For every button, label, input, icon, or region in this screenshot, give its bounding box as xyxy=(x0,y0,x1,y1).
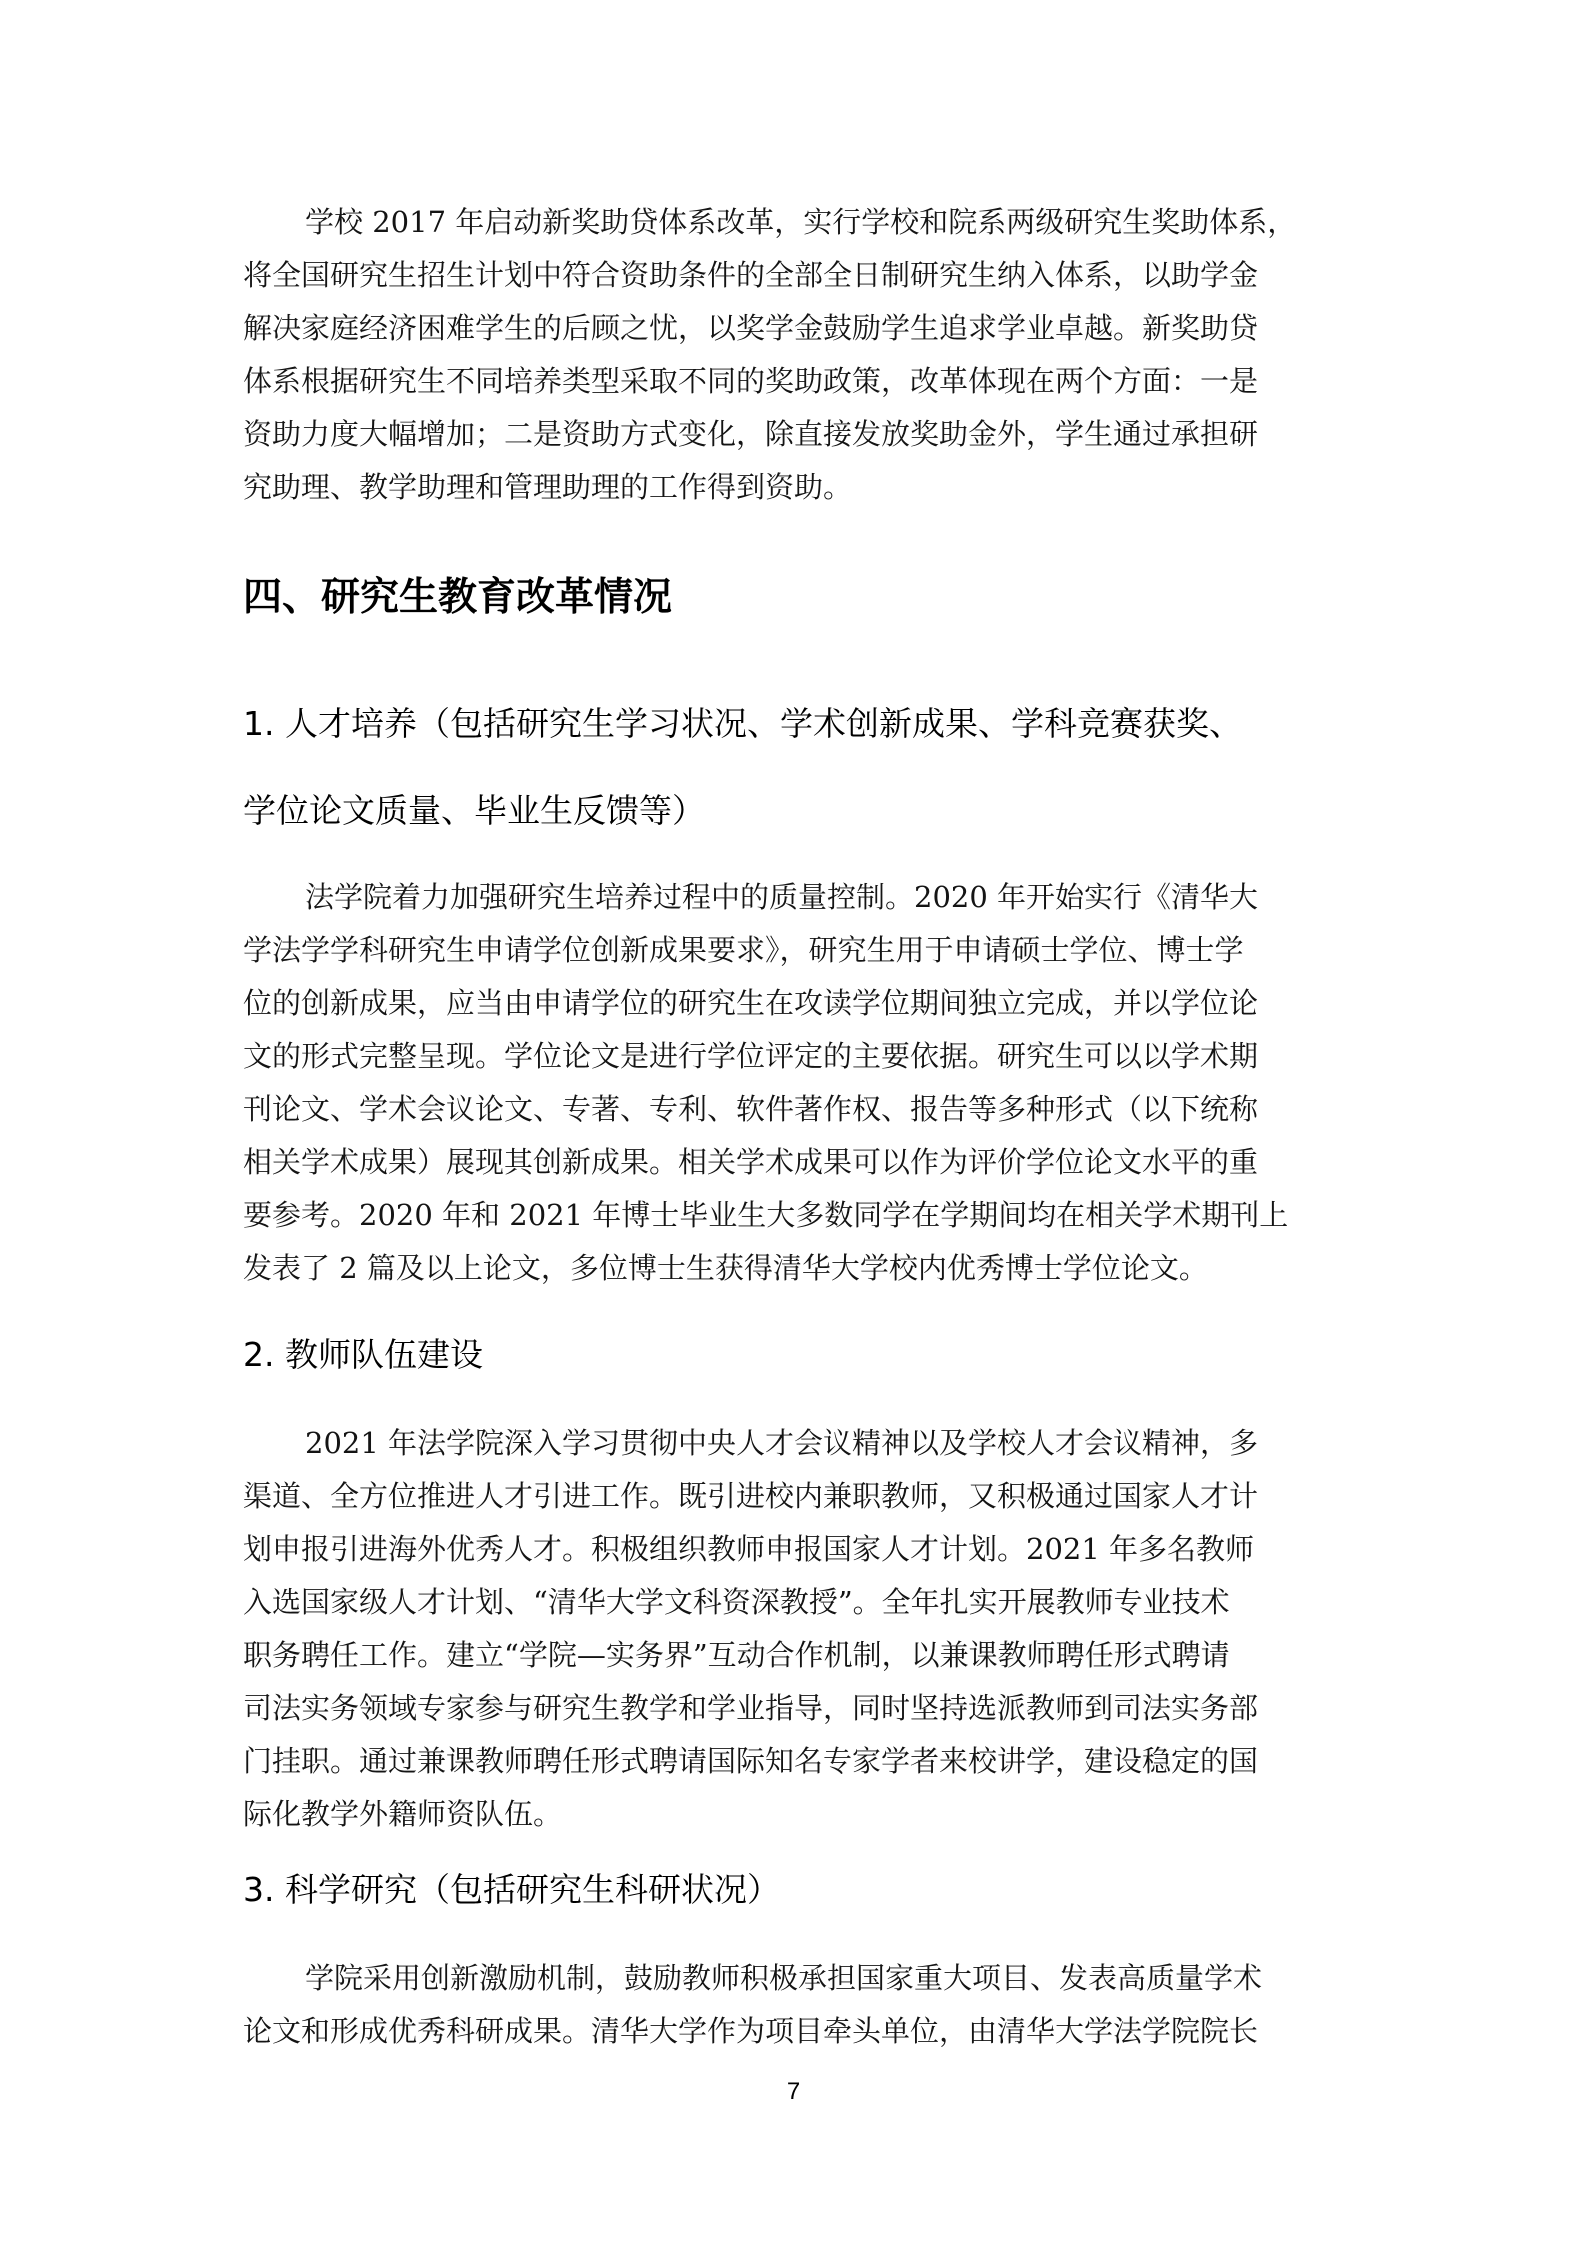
text-line: 学法学学科研究生申请学位创新成果要求》，研究生用于申请硕士学位、博士学 xyxy=(243,924,1358,977)
text-line: 要参考。2020 年和 2021 年博士毕业生大多数同学在学期间均在相关学术期刊… xyxy=(243,1189,1358,1242)
paragraph-funding-system: 学校 2017 年启动新奖助贷体系改革，实行学校和院系两级研究生奖助体系， 将全… xyxy=(243,196,1358,514)
section-heading: 四、研究生教育改革情况 xyxy=(243,572,672,624)
text-line: 渠道、全方位推进人才引进工作。既引进校内兼职教师，又积极通过国家人才计 xyxy=(243,1470,1358,1523)
text-line: 解决家庭经济困难学生的后顾之忧，以奖学金鼓励学生追求学业卓越。新奖助贷 xyxy=(243,302,1358,355)
subsection-1-heading-line-1: 1. 人才培养（包括研究生学习状况、学术创新成果、学科竞赛获奖、 xyxy=(243,699,1242,749)
text-line: 论文和形成优秀科研成果。清华大学作为项目牵头单位，由清华大学法学院院长 xyxy=(243,2005,1358,2058)
text-line: 资助力度大幅增加；二是资助方式变化，除直接发放奖助金外，学生通过承担研 xyxy=(243,408,1358,461)
text-line: 位的创新成果，应当由申请学位的研究生在攻读学位期间独立完成，并以学位论 xyxy=(243,977,1358,1030)
text-line: 法学院着力加强研究生培养过程中的质量控制。2020 年开始实行《清华大 xyxy=(243,871,1358,924)
text-line: 究助理、教学助理和管理助理的工作得到资助。 xyxy=(243,461,1358,514)
subsection-2-heading: 2. 教师队伍建设 xyxy=(243,1330,483,1380)
text-line: 相关学术成果）展现其创新成果。相关学术成果可以作为评价学位论文水平的重 xyxy=(243,1136,1358,1189)
subsection-3-heading: 3. 科学研究（包括研究生科研状况） xyxy=(243,1865,780,1915)
text-line: 际化教学外籍师资队伍。 xyxy=(243,1788,1358,1841)
text-line: 刊论文、学术会议论文、专著、专利、软件著作权、报告等多种形式（以下统称 xyxy=(243,1083,1358,1136)
text-line: 体系根据研究生不同培养类型采取不同的奖助政策，改革体现在两个方面：一是 xyxy=(243,355,1358,408)
text-line: 职务聘任工作。建立“学院—实务界”互动合作机制，以兼课教师聘任形式聘请 xyxy=(243,1629,1358,1682)
document-page: 学校 2017 年启动新奖助贷体系改革，实行学校和院系两级研究生奖助体系， 将全… xyxy=(0,0,1587,2245)
text-line: 学院采用创新激励机制，鼓励教师积极承担国家重大项目、发表高质量学术 xyxy=(243,1952,1358,2005)
text-line: 入选国家级人才计划、“清华大学文科资深教授”。全年扎实开展教师专业技术 xyxy=(243,1576,1358,1629)
text-line: 2021 年法学院深入学习贯彻中央人才会议精神以及学校人才会议精神，多 xyxy=(243,1417,1358,1470)
text-line: 发表了 2 篇及以上论文，多位博士生获得清华大学校内优秀博士学位论文。 xyxy=(243,1242,1358,1295)
text-line: 文的形式完整呈现。学位论文是进行学位评定的主要依据。研究生可以以学术期 xyxy=(243,1030,1358,1083)
page-number: 7 xyxy=(0,2078,1587,2106)
text-line: 司法实务领域专家参与研究生教学和学业指导，同时坚持选派教师到司法实务部 xyxy=(243,1682,1358,1735)
text-line: 学校 2017 年启动新奖助贷体系改革，实行学校和院系两级研究生奖助体系， xyxy=(243,196,1358,249)
paragraph-scientific-research: 学院采用创新激励机制，鼓励教师积极承担国家重大项目、发表高质量学术 论文和形成优… xyxy=(243,1952,1358,2058)
text-line: 划申报引进海外优秀人才。积极组织教师申报国家人才计划。2021 年多名教师 xyxy=(243,1523,1358,1576)
subsection-1-heading-line-2: 学位论文质量、毕业生反馈等） xyxy=(243,786,705,836)
text-line: 门挂职。通过兼课教师聘任形式聘请国际知名专家学者来校讲学，建设稳定的国 xyxy=(243,1735,1358,1788)
text-line: 将全国研究生招生计划中符合资助条件的全部全日制研究生纳入体系，以助学金 xyxy=(243,249,1358,302)
paragraph-talent-cultivation: 法学院着力加强研究生培养过程中的质量控制。2020 年开始实行《清华大 学法学学… xyxy=(243,871,1358,1295)
paragraph-faculty-building: 2021 年法学院深入学习贯彻中央人才会议精神以及学校人才会议精神，多 渠道、全… xyxy=(243,1417,1358,1841)
